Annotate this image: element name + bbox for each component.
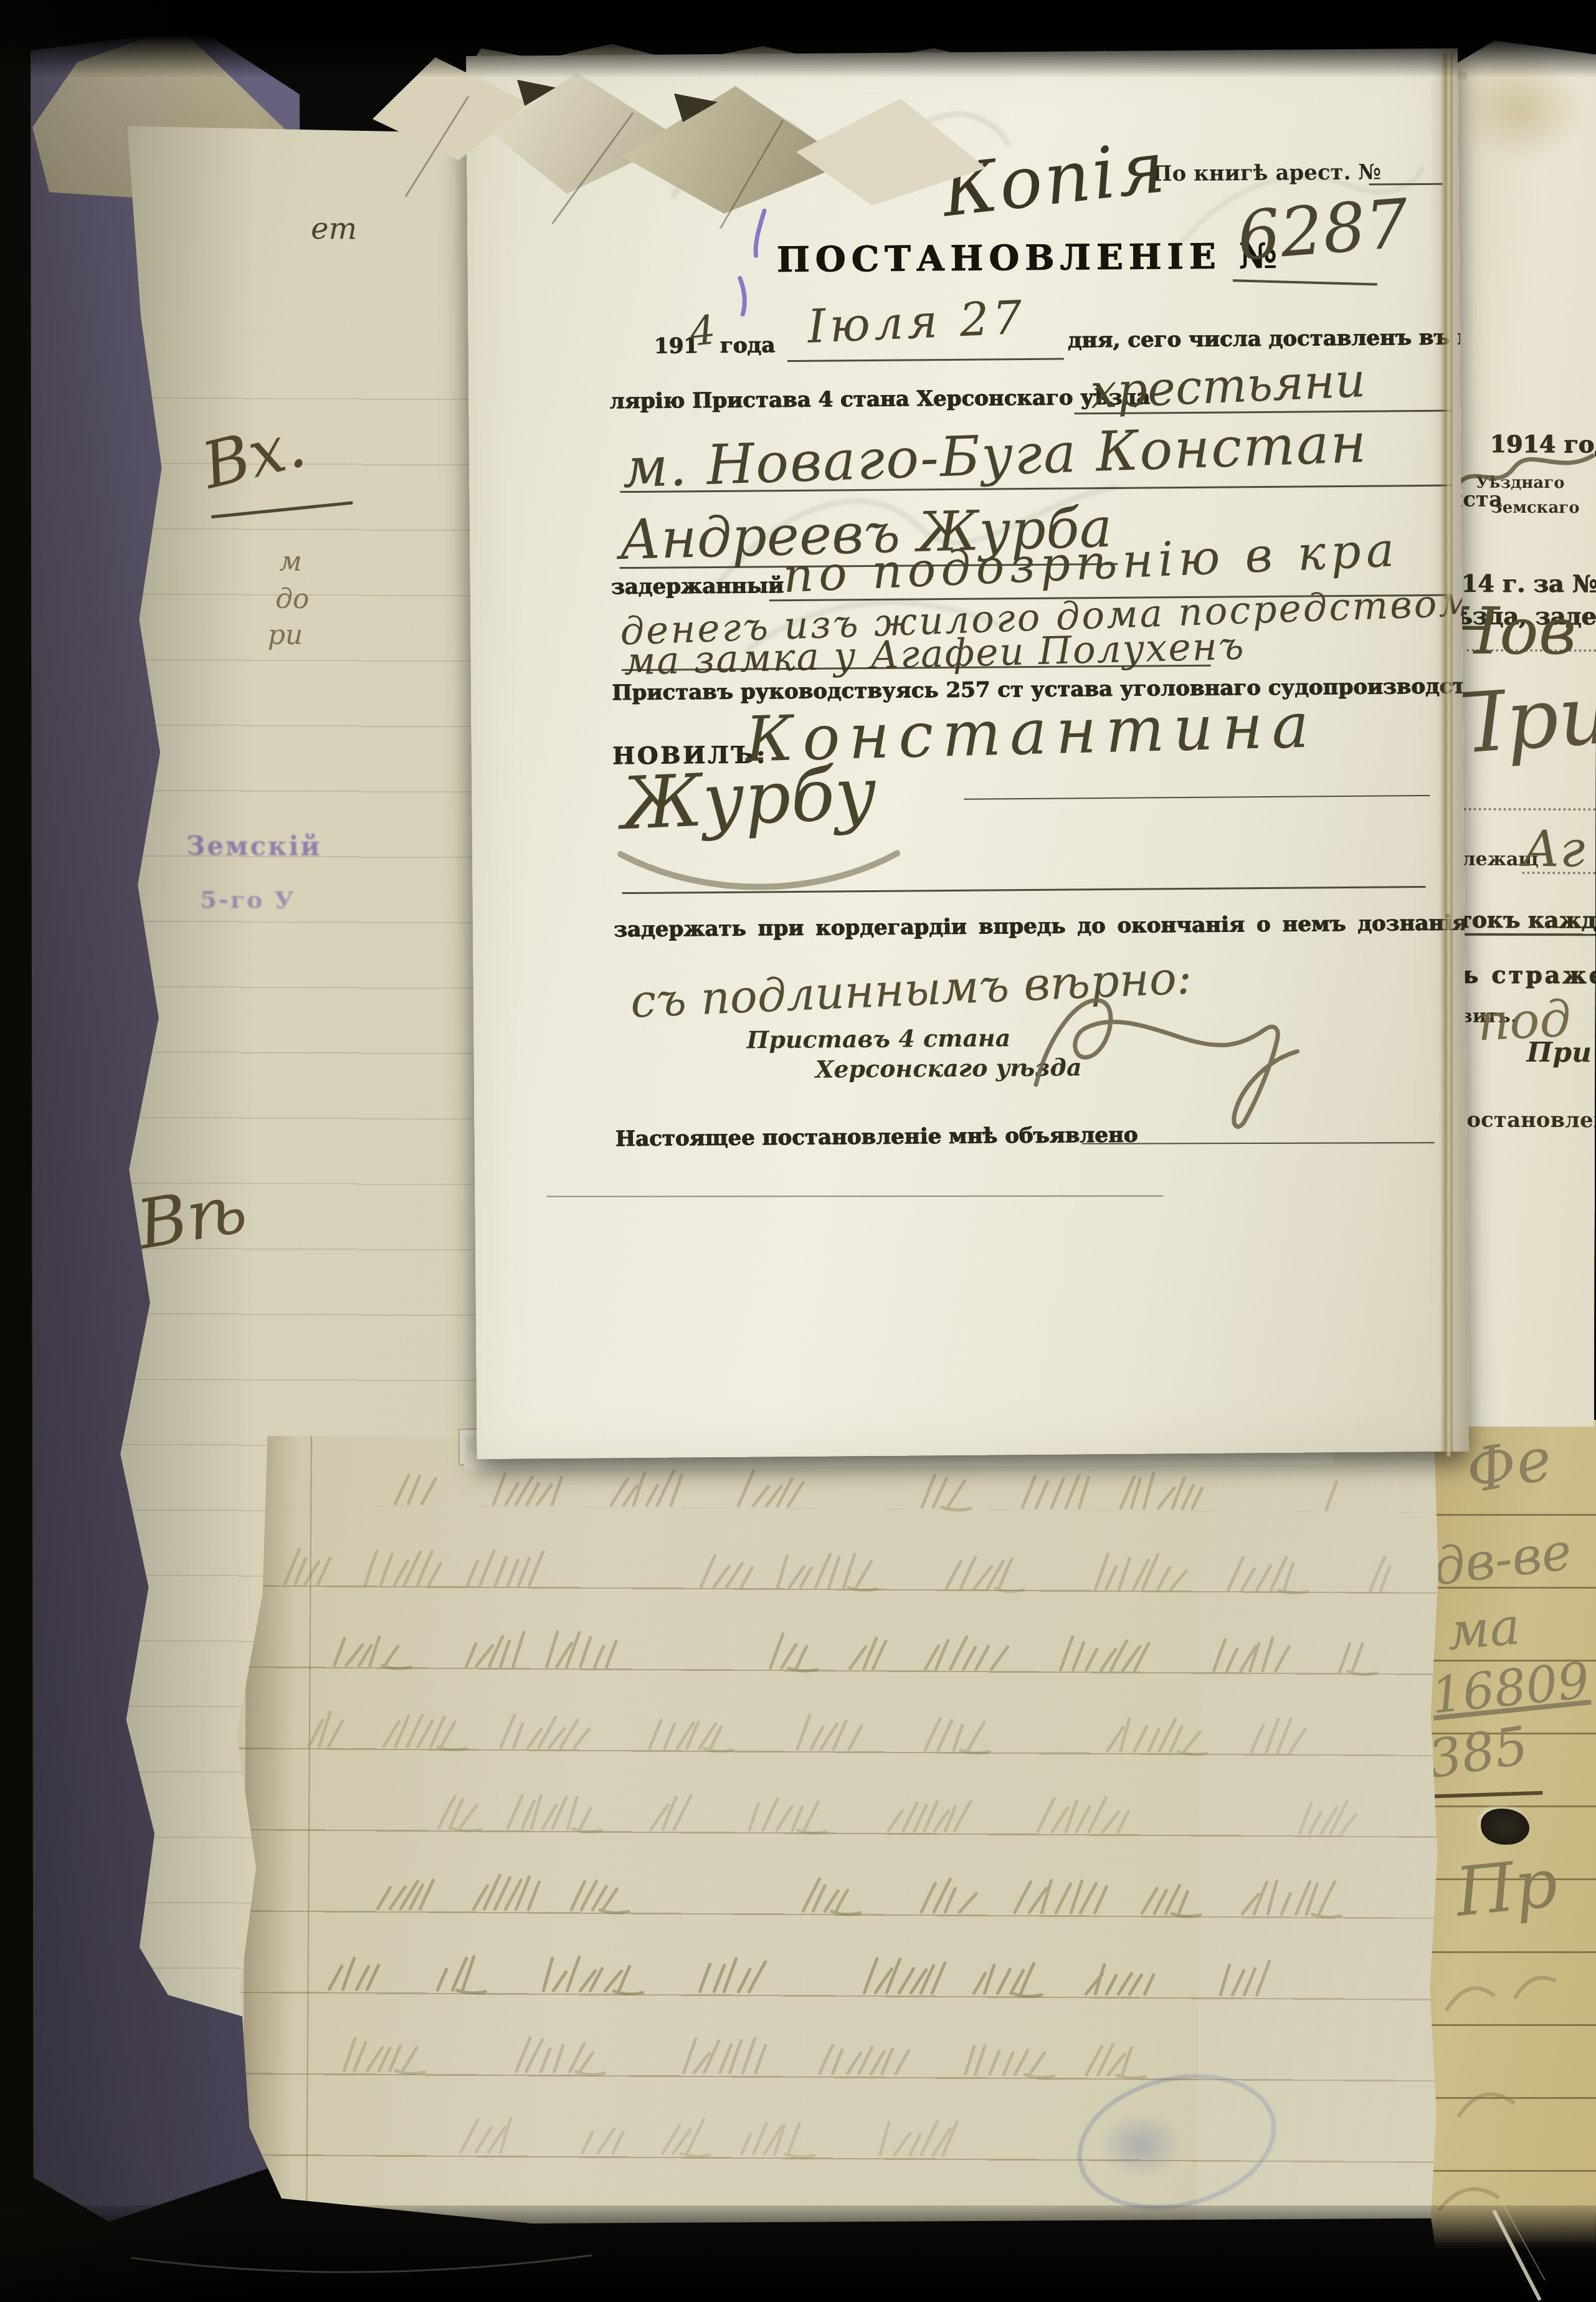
violet-stamp-text: Земскій (186, 830, 322, 862)
printed-fragment: При (1527, 1037, 1592, 1068)
blank-line (964, 795, 1430, 800)
announced-line: Настоящее постановленіе мнѣ объявлено (615, 1123, 1138, 1152)
tan-ledger-scrap: Фе дв-ве ма 16809 385 Пр (1420, 1419, 1596, 2287)
handwriting-fragment: Нов (1447, 593, 1576, 670)
goda-label: года (720, 333, 776, 358)
binding-thread (0, 2205, 1596, 2302)
blank-line (1082, 1142, 1435, 1144)
handwriting-fragment: до (275, 583, 310, 615)
duplicate-form-strip: 1914 год листа Уѣзднаго Земскаго уѣзда, … (1447, 34, 1596, 1427)
blue-stamp-ink-blob (1098, 2111, 1185, 2180)
binding-fold-line (1440, 54, 1453, 1457)
decree-form: По книгѣ арест. № Копія ПОСТАНОВЛЕНІЕ № … (466, 48, 1469, 1458)
faint-pencil-strokes (1420, 1419, 1596, 2287)
handwriting-fragment: ри (268, 619, 303, 651)
pen-swash (615, 834, 909, 905)
violet-stamp-text: 5-го У (200, 885, 295, 914)
handwriting-fragment: При (1447, 667, 1596, 774)
dotted-rule (1449, 808, 1596, 811)
office-line: лярію Пристава 4 стана Херсонскаго уѣзда (609, 384, 1150, 414)
printed-fragment: одъ стражей (1447, 961, 1596, 989)
underline (1233, 279, 1377, 285)
archival-photo: ет Вх. м до ри Земскій 5-го У Вѣ Фе дв-в… (0, 0, 1596, 2302)
decree-title: ПОСТАНОВЛЕНІЕ № (776, 235, 1282, 280)
bottom-ruled-page (206, 1435, 1463, 2229)
blank-line (787, 358, 1064, 361)
printed-fragment: сутокъ каждый, (1447, 907, 1596, 936)
decree-number: 6287 (1235, 185, 1412, 276)
surname-handwritten: Журбу (620, 751, 878, 846)
year-digit-handwritten: 4 (687, 307, 718, 356)
background-floor (0, 2205, 1596, 2302)
date-handwritten: Іюля 27 (807, 291, 1027, 354)
blank-line (546, 1196, 1163, 1197)
signer-title-line1: Приставъ 4 стана (746, 1024, 1010, 1053)
handwriting-fragment: м (279, 546, 302, 578)
handwriting-fragment: ет (311, 211, 357, 246)
arrest-book-label: По книгѣ арест. № (1152, 159, 1381, 186)
line1-tail: дня, сего числа доставленъ въ кан (1067, 325, 1468, 353)
printed-fragment: Постановлені (1447, 1108, 1596, 1133)
handwriting-flourish (1450, 432, 1596, 508)
blank-line (1369, 183, 1443, 186)
detained-label: задержанный (611, 573, 784, 599)
estate-handwritten: хрестьяни (1089, 352, 1366, 419)
detain-order-line: задержать при кордегардіи впредь до окон… (614, 910, 1469, 942)
pristav-signature (1020, 960, 1320, 1143)
background-top (0, 0, 1596, 78)
handwriting-fragment: Аг (1522, 820, 1585, 878)
